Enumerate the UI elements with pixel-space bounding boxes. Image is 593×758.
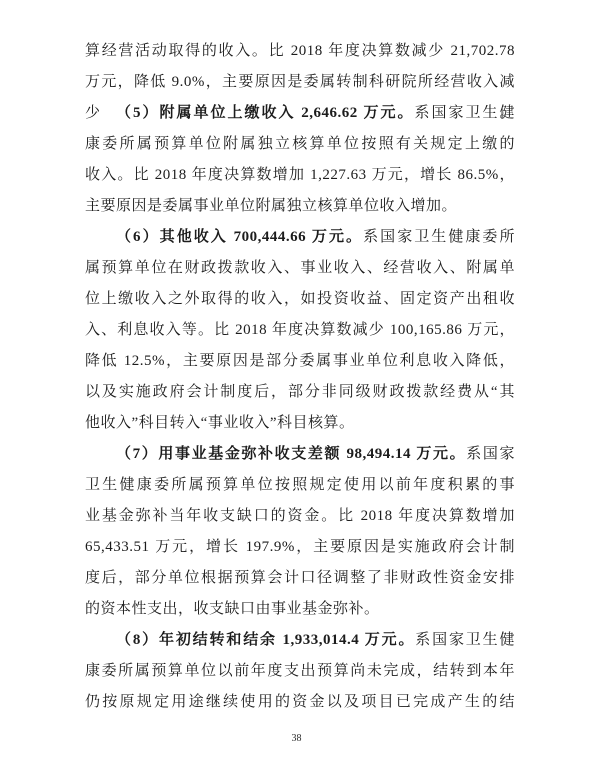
paragraph-text: 康委所属预算单位附属独立核算单位按照有关规定上缴的 [85, 136, 515, 152]
paragraph-text: 位上缴收入之外取得的收入，如投资收益、固定资产出租收 [85, 291, 515, 307]
paragraph-text: 的资本性支出，收支缺口由事业基金弥补。 [85, 601, 380, 617]
paragraph-text: 系国家 [466, 446, 515, 462]
text-line: （8）年初结转和结余 1,933,014.4 万元。系国家卫生健 [85, 625, 515, 656]
document-page: 算经营活动取得的收入。比 2018 年度决算数减少 21,702.78万元，降低… [0, 0, 593, 758]
text-line: 主要原因是委属事业单位附属独立核算单位收入增加。 [85, 191, 515, 222]
paragraph-lead-bold-text: （6）其他收入 700,444.66 万元。 [116, 229, 363, 245]
text-line: 的资本性支出，收支缺口由事业基金弥补。 [85, 594, 515, 625]
paragraph-text: 主要原因是委属事业单位附属独立核算单位收入增加。 [85, 198, 457, 214]
text-line: 康委所属预算单位附属独立核算单位按照有关规定上缴的 [85, 129, 515, 160]
paragraph-text: 入、利息收入等。比 2018 年度决算数减少 100,165.86 万元， [85, 322, 515, 338]
paragraph-text: 康委所属预算单位以前年度支出预算尚未完成，结转到本年 [85, 663, 515, 679]
paragraph-lead-bold-text: （5）附属单位上缴收入 2,646.62 万元。 [116, 105, 414, 121]
paragraph-text: 系国家卫生健康委所 [363, 229, 515, 245]
text-line: 万元，降低 9.0%，主要原因是委属转制科研院所经营收入减少。 [85, 67, 515, 98]
text-line: 位上缴收入之外取得的收入，如投资收益、固定资产出租收 [85, 284, 515, 315]
paragraph-text: 算经营活动取得的收入。比 2018 年度决算数减少 21,702.78 [85, 43, 515, 59]
paragraph-lead-bold-text: （7）用事业基金弥补收支差额 98,494.14 万元。 [116, 446, 466, 462]
text-line: 他收入”科目转入“事业收入”科目核算。 [85, 408, 515, 439]
text-line: 以及实施政府会计制度后，部分非同级财政拨款经费从“其 [85, 377, 515, 408]
paragraph-lead-bold-text: （8）年初结转和结余 1,933,014.4 万元。 [116, 632, 415, 648]
paragraph-text: 降低 12.5%，主要原因是部分委属事业单位利息收入降低， [85, 353, 515, 369]
paragraph-text: 业基金弥补当年收支缺口的资金。比 2018 年度决算数增加 [85, 508, 515, 524]
text-line: （5）附属单位上缴收入 2,646.62 万元。系国家卫生健 [85, 98, 515, 129]
paragraph-text: 他收入”科目转入“事业收入”科目核算。 [85, 415, 354, 431]
paragraph-text: 属预算单位在财政拨款收入、事业收入、经营收入、附属单 [85, 260, 515, 276]
text-line: 度后，部分单位根据预算会计口径调整了非财政性资金安排 [85, 563, 515, 594]
text-line: 收入。比 2018 年度决算数增加 1,227.63 万元，增长 86.5%， [85, 160, 515, 191]
text-line: 属预算单位在财政拨款收入、事业收入、经营收入、附属单 [85, 253, 515, 284]
text-line: （6）其他收入 700,444.66 万元。系国家卫生健康委所 [85, 222, 515, 253]
paragraph-text: 卫生健康委所属预算单位按照规定使用以前年度积累的事 [85, 477, 515, 493]
text-line: 算经营活动取得的收入。比 2018 年度决算数减少 21,702.78 [85, 36, 515, 67]
text-line: 入、利息收入等。比 2018 年度决算数减少 100,165.86 万元， [85, 315, 515, 346]
text-line: 仍按原规定用途继续使用的资金以及项目已完成产生的结 [85, 687, 515, 718]
paragraph-text: 度后，部分单位根据预算会计口径调整了非财政性资金安排 [85, 570, 515, 586]
text-line: 康委所属预算单位以前年度支出预算尚未完成，结转到本年 [85, 656, 515, 687]
paragraph-text: 以及实施政府会计制度后，部分非同级财政拨款经费从“其 [85, 384, 515, 400]
page-number: 38 [0, 733, 593, 744]
paragraph-text: 仍按原规定用途继续使用的资金以及项目已完成产生的结 [85, 694, 515, 710]
text-line: （7）用事业基金弥补收支差额 98,494.14 万元。系国家 [85, 439, 515, 470]
paragraph-text: 收入。比 2018 年度决算数增加 1,227.63 万元，增长 86.5%， [85, 167, 515, 183]
text-line: 降低 12.5%，主要原因是部分委属事业单位利息收入降低， [85, 346, 515, 377]
text-line: 65,433.51 万元，增长 197.9%，主要原因是实施政府会计制 [85, 532, 515, 563]
body-text: 算经营活动取得的收入。比 2018 年度决算数减少 21,702.78万元，降低… [85, 36, 515, 718]
paragraph-text: 系国家卫生健 [414, 105, 515, 121]
paragraph-text: 65,433.51 万元，增长 197.9%，主要原因是实施政府会计制 [85, 539, 515, 555]
text-line: 业基金弥补当年收支缺口的资金。比 2018 年度决算数增加 [85, 501, 515, 532]
text-line: 卫生健康委所属预算单位按照规定使用以前年度积累的事 [85, 470, 515, 501]
paragraph-text: 系国家卫生健 [415, 632, 515, 648]
